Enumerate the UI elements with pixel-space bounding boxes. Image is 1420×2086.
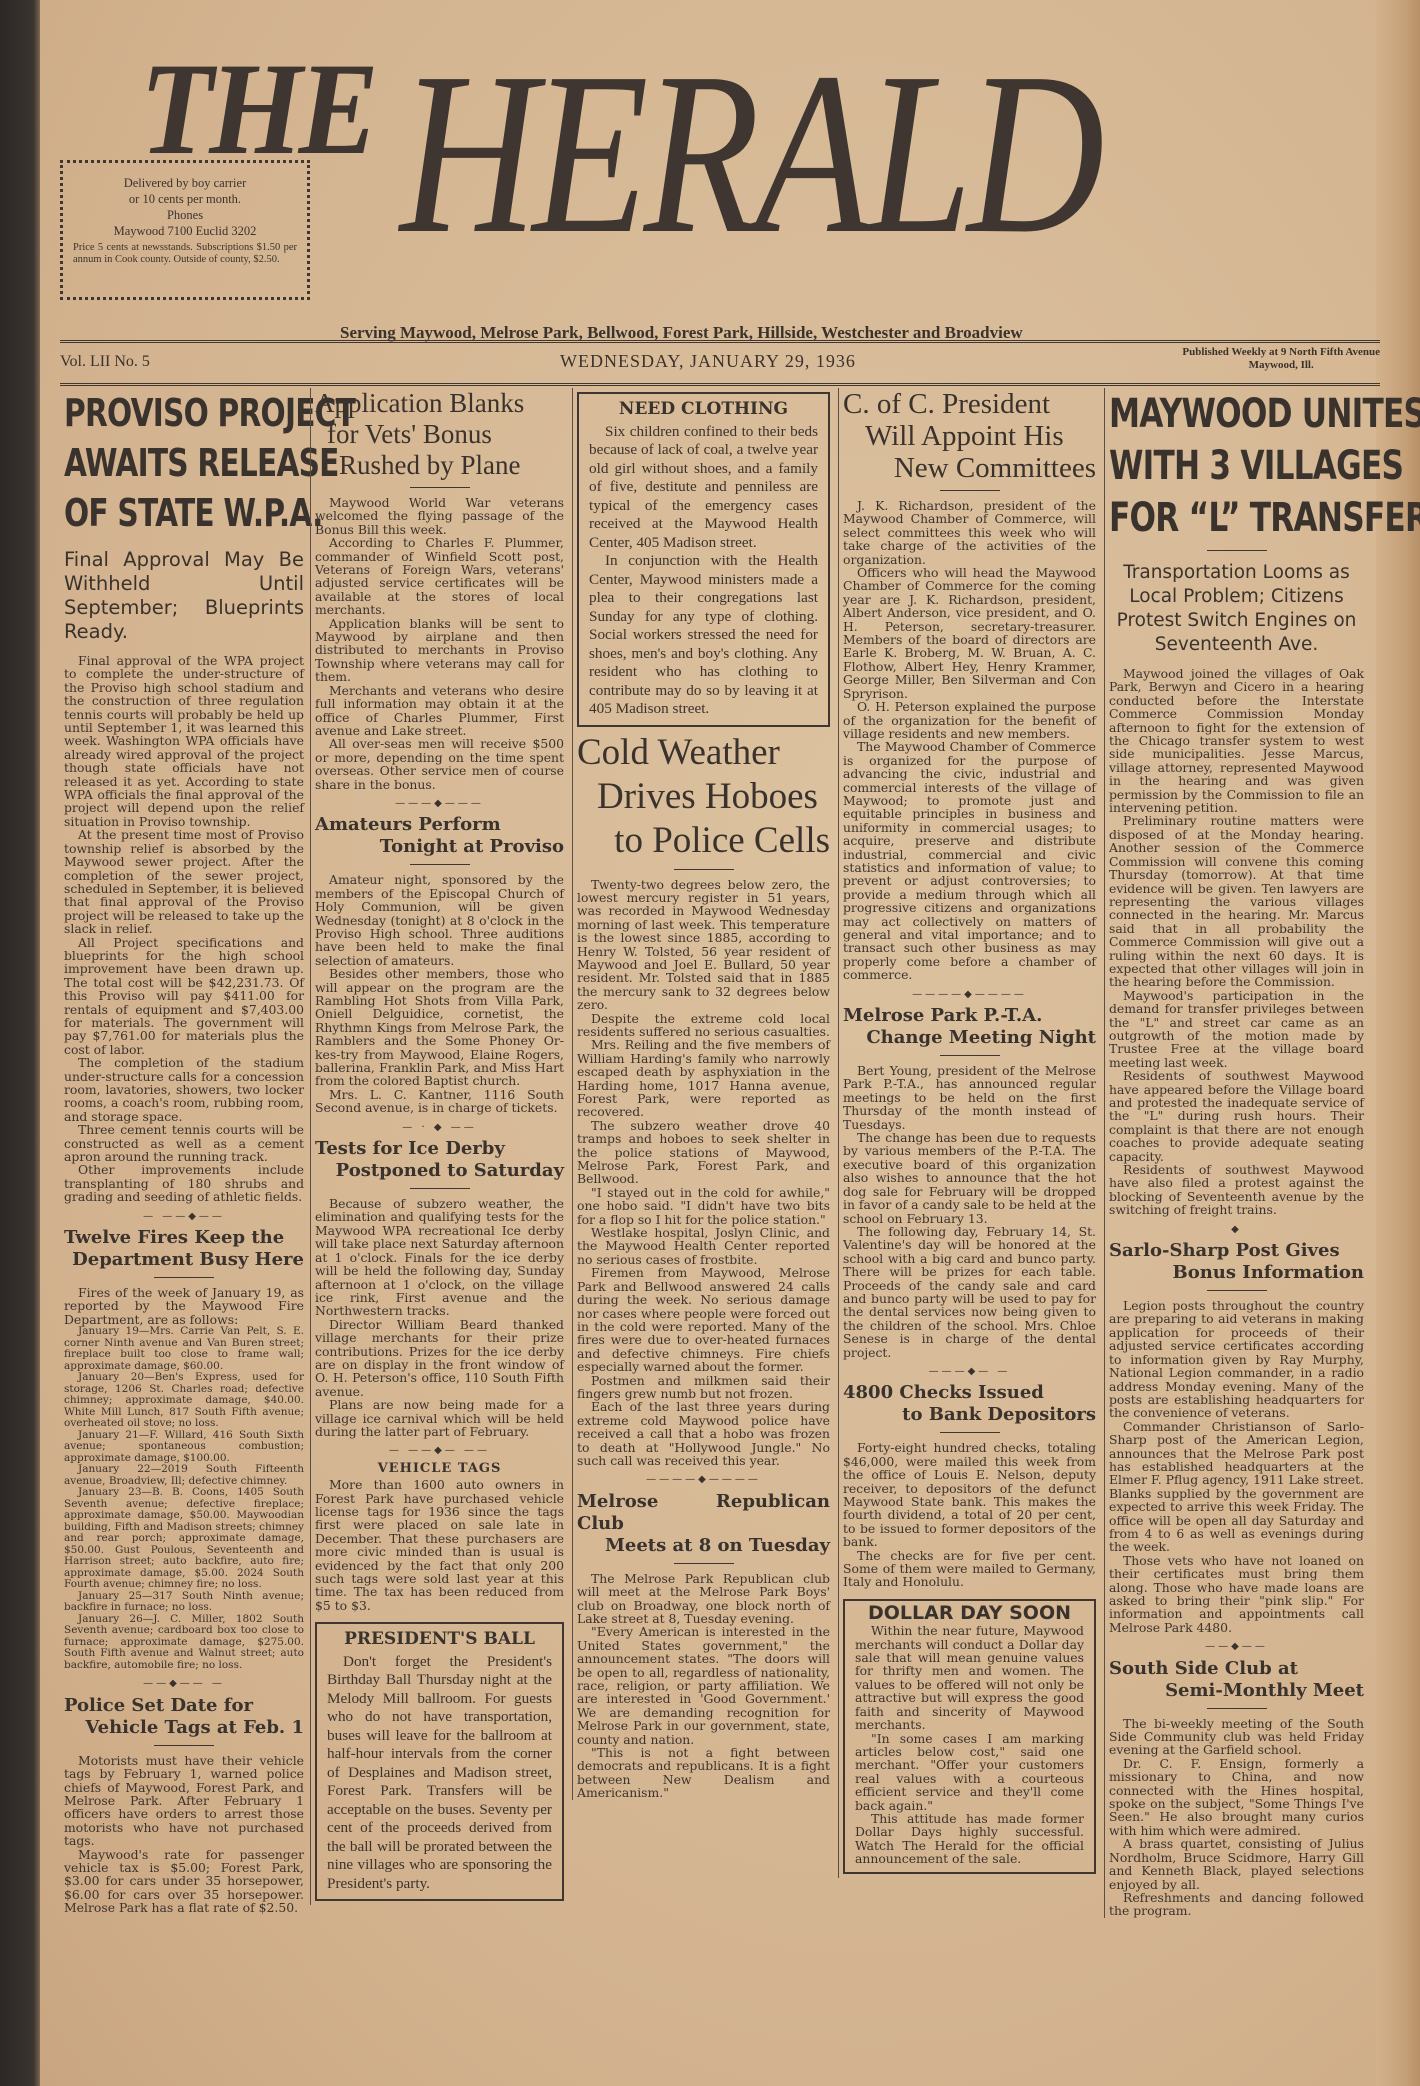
section-divider: ◆: [1109, 1223, 1364, 1236]
presidents-ball-box: PRESIDENT'S BALL Don't forget the Presid…: [315, 1622, 564, 1901]
headline-line: Rushed by Plane: [315, 450, 564, 481]
headline-republican-club: Melrose Republican Club Meets at 8 on Tu…: [577, 1491, 830, 1557]
headline-line: WITH 3 VILLAGES: [1109, 440, 1364, 492]
headline-rule: [674, 1563, 734, 1564]
paragraph: Don't forget the President's Birthday Ba…: [327, 1653, 552, 1894]
publisher-address: Published Weekly at 9 North Fifth Avenue: [1182, 346, 1380, 358]
fire-report-item: January 23—B. B. Coons, 1405 South Seven…: [64, 1487, 304, 1591]
paragraph: The Maywood Chamber of Commerce is organ…: [843, 740, 1096, 981]
ear-phones: Maywood 7100 Euclid 3202: [73, 223, 297, 239]
paragraph: Maywood's participation in the demand fo…: [1109, 989, 1364, 1069]
headline-line: AWAITS RELEASE: [64, 438, 304, 488]
article-proviso-project: Final approval of the WPA project to com…: [64, 654, 304, 1204]
paragraph: Six children confined to their beds beca…: [589, 423, 818, 553]
fire-report-item: January 25—317 South Ninth avenue; backf…: [64, 1591, 304, 1614]
need-clothing-box: NEED CLOTHING Six children confined to t…: [577, 392, 830, 727]
paragraph: Plans are now being made for a village i…: [315, 1398, 564, 1438]
headline-line: Twelve Fires Keep the: [64, 1227, 284, 1248]
headline-maywood-unites: MAYWOOD UNITES WITH 3 VILLAGES FOR “L” T…: [1109, 388, 1364, 544]
headline-sarlo-sharp: Sarlo-Sharp Post Gives Bonus Information: [1109, 1240, 1364, 1284]
paragraph: Final approval of the WPA project to com…: [64, 654, 304, 828]
paragraph: Residents of southwest Maywood have appe…: [1109, 1069, 1364, 1163]
paragraph: Firemen from Maywood, Melrose Park and B…: [577, 1266, 830, 1373]
masthead-title: HERALD: [400, 38, 1100, 270]
paragraph: Each of the last three years during extr…: [577, 1400, 830, 1467]
paragraph: All Project specifications and blueprint…: [64, 936, 304, 1057]
headline-rule: [410, 1188, 470, 1189]
headline-vets-bonus: Application Blanks for Vets' Bonus Rushe…: [315, 388, 564, 481]
headline-cold-weather: Cold Weather Drives Hoboes to Police Cel…: [577, 731, 830, 863]
headline-line: Vehicle Tags at Feb. 1: [64, 1717, 304, 1739]
paragraph: Three cement tennis courts will be const…: [64, 1123, 304, 1163]
headline-rule: [674, 869, 734, 870]
paragraph: Preliminary routine matters were dispose…: [1109, 814, 1364, 988]
paragraph: Mrs. Reiling and the five members of Wil…: [577, 1038, 830, 1118]
deck-maywood-unites: Transportation Looms as Local Problem; C…: [1109, 561, 1364, 657]
headline-pta: Melrose Park P.-T.A. Change Meeting Nigh…: [843, 1005, 1096, 1049]
headline-rule: [410, 487, 470, 488]
headline-line: MAYWOOD UNITES: [1109, 388, 1364, 440]
ear-line-2: or 10 cents per month.: [73, 191, 297, 207]
paragraph: The bi-weekly meeting of the South Side …: [1109, 1717, 1364, 1757]
headline-rule: [1207, 1290, 1267, 1291]
box-title: PRESIDENT'S BALL: [327, 1630, 552, 1649]
headline-line: Drives Hoboes: [577, 775, 830, 819]
paragraph: The subzero weather drove 40 tramps and …: [577, 1119, 830, 1186]
issue-date: WEDNESDAY, JANUARY 29, 1936: [560, 351, 856, 372]
section-divider: ——◆—— —: [64, 1677, 304, 1690]
paragraph: Maywood World War veterans welcomed the …: [315, 496, 564, 536]
section-divider: ——◆——: [1109, 1640, 1364, 1653]
headline-line: Bonus Information: [1109, 1262, 1364, 1284]
paragraph: Maywood's rate for passenger vehicle tax…: [64, 1848, 304, 1915]
paragraph: "I stayed out in the cold for awhile," o…: [577, 1186, 830, 1226]
paragraph: Officers who will head the Maywood Chamb…: [843, 566, 1096, 700]
paragraph: Application blanks will be sent to Maywo…: [315, 617, 564, 684]
paragraph: Forty-eight hundred checks, totaling $46…: [843, 1441, 1096, 1548]
paragraph: The checks are for five per cent. Some o…: [843, 1549, 1096, 1589]
paragraph: The Melrose Park Republican club will me…: [577, 1572, 830, 1626]
paragraph: Within the near future, Maywood merchant…: [855, 1624, 1084, 1731]
paragraph: A brass quartet, consisting of Julius No…: [1109, 1837, 1364, 1891]
paragraph: "In some cases I am marking articles bel…: [855, 1732, 1084, 1812]
paragraph: O. H. Peterson explained the purpose of …: [843, 700, 1096, 740]
deck-proviso-project: Final Approval May Be Withheld Until Sep…: [64, 548, 304, 644]
page-right-edge: [1376, 0, 1420, 2086]
ear-phones-label: Phones: [73, 207, 297, 223]
paragraph: Merchants and veterans who desire full i…: [315, 684, 564, 738]
headline-line: Change Meeting Night: [843, 1027, 1096, 1049]
paragraph: The change has been due to requests by v…: [843, 1131, 1096, 1225]
headline-line: to Bank Depositors: [843, 1404, 1096, 1426]
paragraph: Other improvements include transplanting…: [64, 1163, 304, 1203]
headline-rule: [410, 864, 470, 865]
publisher-city: Maywood, Ill.: [1249, 359, 1314, 371]
paragraph: Legion posts throughout the country are …: [1109, 1299, 1364, 1420]
headline-line: Semi-Monthly Meet: [1109, 1680, 1364, 1702]
section-divider: — ——◆— ——: [315, 1444, 564, 1457]
subscription-ear-box: Delivered by boy carrier or 10 cents per…: [60, 160, 310, 300]
headline-rule: [154, 1745, 214, 1746]
headline-line: New Committees: [843, 452, 1096, 484]
dollar-day-box: DOLLAR DAY SOON Within the near future, …: [843, 1599, 1096, 1874]
paragraph: Despite the extreme cold local residents…: [577, 1012, 830, 1039]
paragraph: Twenty-two degrees below zero, the lowes…: [577, 878, 830, 1012]
section-divider: ———◆— —: [843, 1365, 1096, 1378]
paragraph: J. K. Richardson, president of the Maywo…: [843, 499, 1096, 566]
headline-line: Application Blanks: [315, 388, 564, 419]
paragraph: According to Charles F. Plummer, command…: [315, 536, 564, 616]
headline-rule: [940, 490, 1000, 491]
volume-number: Vol. LII No. 5: [60, 353, 150, 371]
headline-twelve-fires: Twelve Fires Keep the Department Busy He…: [64, 1227, 304, 1271]
dateline-bar: Vol. LII No. 5 WEDNESDAY, JANUARY 29, 19…: [60, 340, 1380, 386]
headline-line: FOR “L” TRANSFER: [1109, 492, 1364, 544]
column-2: Application Blanks for Vets' Bonus Rushe…: [310, 388, 568, 1905]
headline-proviso-project: PROVISO PROJECT AWAITS RELEASE OF STATE …: [64, 388, 304, 538]
headline-line: Sarlo-Sharp Post Gives: [1109, 1240, 1340, 1261]
paragraph: Fires of the week of January 19, as repo…: [64, 1286, 304, 1326]
box-title: NEED CLOTHING: [589, 400, 818, 419]
section-divider: — ——◆——: [64, 1210, 304, 1223]
headline-line: South Side Club at: [1109, 1658, 1298, 1679]
headline-line: Department Busy Here: [64, 1249, 304, 1271]
headline-line: Postponed to Saturday: [315, 1160, 564, 1182]
masthead: THE HERALD Delivered by boy carrier or 1…: [60, 10, 1380, 320]
column-5: MAYWOOD UNITES WITH 3 VILLAGES FOR “L” T…: [1104, 388, 1368, 1918]
box-title: DOLLAR DAY SOON: [855, 1607, 1084, 1620]
headline-line: Police Set Date for: [64, 1695, 253, 1716]
headline-ice-derby: Tests for Ice Derby Postponed to Saturda…: [315, 1138, 564, 1182]
fire-report-item: January 26—J. C. Miller, 1802 South Seve…: [64, 1614, 304, 1672]
fire-report-item: January 22—2019 South Fifteenth avenue, …: [64, 1464, 304, 1487]
headline-rule: [940, 1432, 1000, 1433]
headline-rule: [1207, 1708, 1267, 1709]
headline-line: Tests for Ice Derby: [315, 1138, 505, 1159]
headline-line: PROVISO PROJECT: [64, 388, 304, 438]
paragraph: Amateur night, sponsored by the members …: [315, 873, 564, 967]
fire-report-item: January 20—Ben's Express, used for stora…: [64, 1372, 304, 1430]
paragraph: All over-seas men will receive $500 or m…: [315, 737, 564, 791]
fire-report-item: January 21—F. Willard, 416 South Sixth a…: [64, 1430, 304, 1465]
headline-amateurs: Amateurs Perform Tonight at Proviso: [315, 814, 564, 858]
headline-line: Will Appoint His: [843, 420, 1096, 452]
headline-line: Meets at 8 on Tuesday: [577, 1535, 830, 1557]
ear-line-1: Delivered by boy carrier: [73, 175, 297, 191]
paragraph: Commander Christianson of Sarlo-Sharp po…: [1109, 1420, 1364, 1554]
headline-rule: [154, 1277, 214, 1278]
paragraph: Those vets who have not loaned on their …: [1109, 1554, 1364, 1634]
headline-rule: [940, 1055, 1000, 1056]
paragraph: Maywood joined the villages of Oak Park,…: [1109, 667, 1364, 814]
paragraph: Director William Beard thanked village m…: [315, 1318, 564, 1398]
paragraph: Dr. C. F. Ensign, formerly a missionary …: [1109, 1757, 1364, 1837]
headline-line: for Vets' Bonus: [315, 419, 564, 450]
headline-checks-issued: 4800 Checks Issued to Bank Depositors: [843, 1382, 1096, 1426]
headline-rule: [1207, 550, 1267, 551]
paragraph: In conjunction with the Health Center, M…: [589, 552, 818, 719]
headline-line: Melrose Park P.-T.A.: [843, 1005, 1042, 1026]
column-3: NEED CLOTHING Six children confined to t…: [572, 388, 834, 1800]
paragraph: Refreshments and dancing followed the pr…: [1109, 1891, 1364, 1918]
headline-line: Amateurs Perform: [315, 814, 501, 835]
paragraph: Besides other members, those who will ap…: [315, 967, 564, 1088]
headline-line: C. of C. President: [843, 388, 1096, 420]
headline-line: Melrose Republican Club: [577, 1491, 830, 1534]
paragraph: Residents of southwest Maywood have also…: [1109, 1163, 1364, 1217]
headline-line: to Police Cells: [577, 819, 830, 863]
headline-south-side-club: South Side Club at Semi-Monthly Meet: [1109, 1658, 1364, 1702]
paragraph: Postmen and milkmen said their fingers g…: [577, 1374, 830, 1401]
paragraph: Because of subzero weather, the eliminat…: [315, 1197, 564, 1318]
column-4: C. of C. President Will Appoint His New …: [838, 388, 1100, 1878]
paragraph: This attitude has made former Dollar Day…: [855, 1812, 1084, 1866]
paragraph: At the present time most of Proviso town…: [64, 828, 304, 935]
paragraph: Westlake hospital, Joslyn Clinic, and th…: [577, 1226, 830, 1266]
headline-vehicle-tags-date: Police Set Date for Vehicle Tags at Feb.…: [64, 1695, 304, 1739]
column-1: PROVISO PROJECT AWAITS RELEASE OF STATE …: [60, 388, 308, 1915]
section-divider: ————◆————: [577, 1473, 830, 1486]
headline-line: 4800 Checks Issued: [843, 1382, 1044, 1403]
paragraph: "Every American is interested in the Uni…: [577, 1625, 830, 1746]
paragraph: Mrs. L. C. Kantner, 1116 South Second av…: [315, 1088, 564, 1115]
section-divider: ———◆———: [315, 797, 564, 810]
fire-report-list: January 19—Mrs. Carrie Van Pelt, S. E. c…: [64, 1326, 304, 1671]
fire-report-item: January 19—Mrs. Carrie Van Pelt, S. E. c…: [64, 1326, 304, 1372]
headline-vehicle-tags: VEHICLE TAGS: [315, 1462, 564, 1475]
headline-line: OF STATE W.P.A.: [64, 488, 304, 538]
headline-line: Tonight at Proviso: [315, 836, 564, 858]
headline-cofc-president: C. of C. President Will Appoint His New …: [843, 388, 1096, 484]
section-divider: — · ◆ ——: [315, 1121, 564, 1134]
section-divider: ————◆————: [843, 988, 1096, 1001]
ear-price: Price 5 cents at newsstands. Subscriptio…: [73, 242, 297, 266]
headline-line: Cold Weather: [577, 731, 830, 775]
paragraph: Motorists must have their vehicle tags b…: [64, 1754, 304, 1848]
paragraph: "This is not a fight between democrats a…: [577, 1746, 830, 1800]
paragraph: The completion of the stadium under-stru…: [64, 1056, 304, 1123]
publisher-info: Published Weekly at 9 North Fifth Avenue…: [1182, 346, 1380, 372]
paragraph: The following day, February 14, St. Vale…: [843, 1225, 1096, 1359]
paragraph: Bert Young, president of the Melrose Par…: [843, 1064, 1096, 1131]
paragraph: More than 1600 auto owners in Forest Par…: [315, 1478, 564, 1612]
